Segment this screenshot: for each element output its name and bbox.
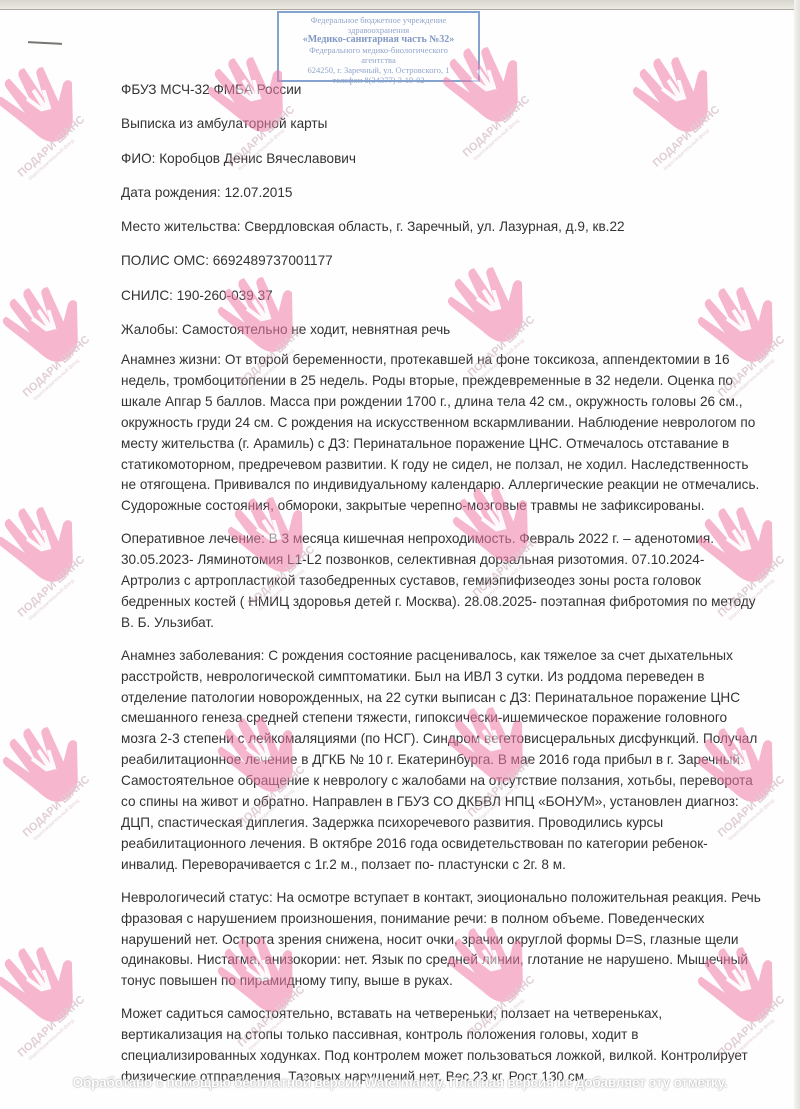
stamp-line-institution: «Медико-санитарная часть №32»	[279, 35, 478, 45]
scan-edge-top	[0, 0, 800, 10]
watermarkly-footer-note: Обработано с помощью бесплатной версии W…	[0, 1075, 800, 1090]
patient-complaints: Жалобы: Самостоятельно не ходит, невнятн…	[121, 320, 761, 341]
section-neurological-status: Неврологичесий статус: На осмотре вступа…	[121, 888, 761, 993]
organization-name: ФБУЗ МСЧ-32 ФМБА России	[121, 80, 761, 101]
patient-snils: СНИЛС: 190-260-039 37	[121, 286, 761, 307]
section-anamnesis-vitae: Анамнез жизни: От второй беременности, п…	[121, 350, 761, 517]
stamp-line: Федерального медико-биологического	[279, 45, 478, 55]
stamp-line: агентства	[279, 55, 478, 65]
scan-edge-right	[794, 0, 800, 1109]
section-surgical-treatment: Оперативное лечение: В 3 месяца кишечная…	[121, 529, 761, 634]
section-anamnesis-morbi: Анамнез заболевания: С рождения состояни…	[121, 646, 761, 876]
document-title: Выписка из амбулаторной карты	[121, 114, 761, 135]
stamp-line: Федеральное бюджетное учреждение	[279, 15, 478, 25]
patient-residence: Место жительства: Свердловская область, …	[121, 217, 761, 238]
patient-birth-date: Дата рождения: 12.07.2015	[121, 183, 761, 204]
patient-oms-policy: ПОЛИС ОМС: 6692489737001177	[121, 251, 761, 272]
patient-fio: ФИО: Коробцов Денис Вячеславович	[121, 149, 761, 170]
institution-stamp: Федеральное бюджетное учреждение здравоо…	[277, 11, 480, 82]
stamp-line: 624250, г. Заречный, ул. Островского, 1	[279, 65, 478, 75]
document-body: ФБУЗ МСЧ-32 ФМБА России Выписка из амбул…	[121, 80, 761, 1100]
